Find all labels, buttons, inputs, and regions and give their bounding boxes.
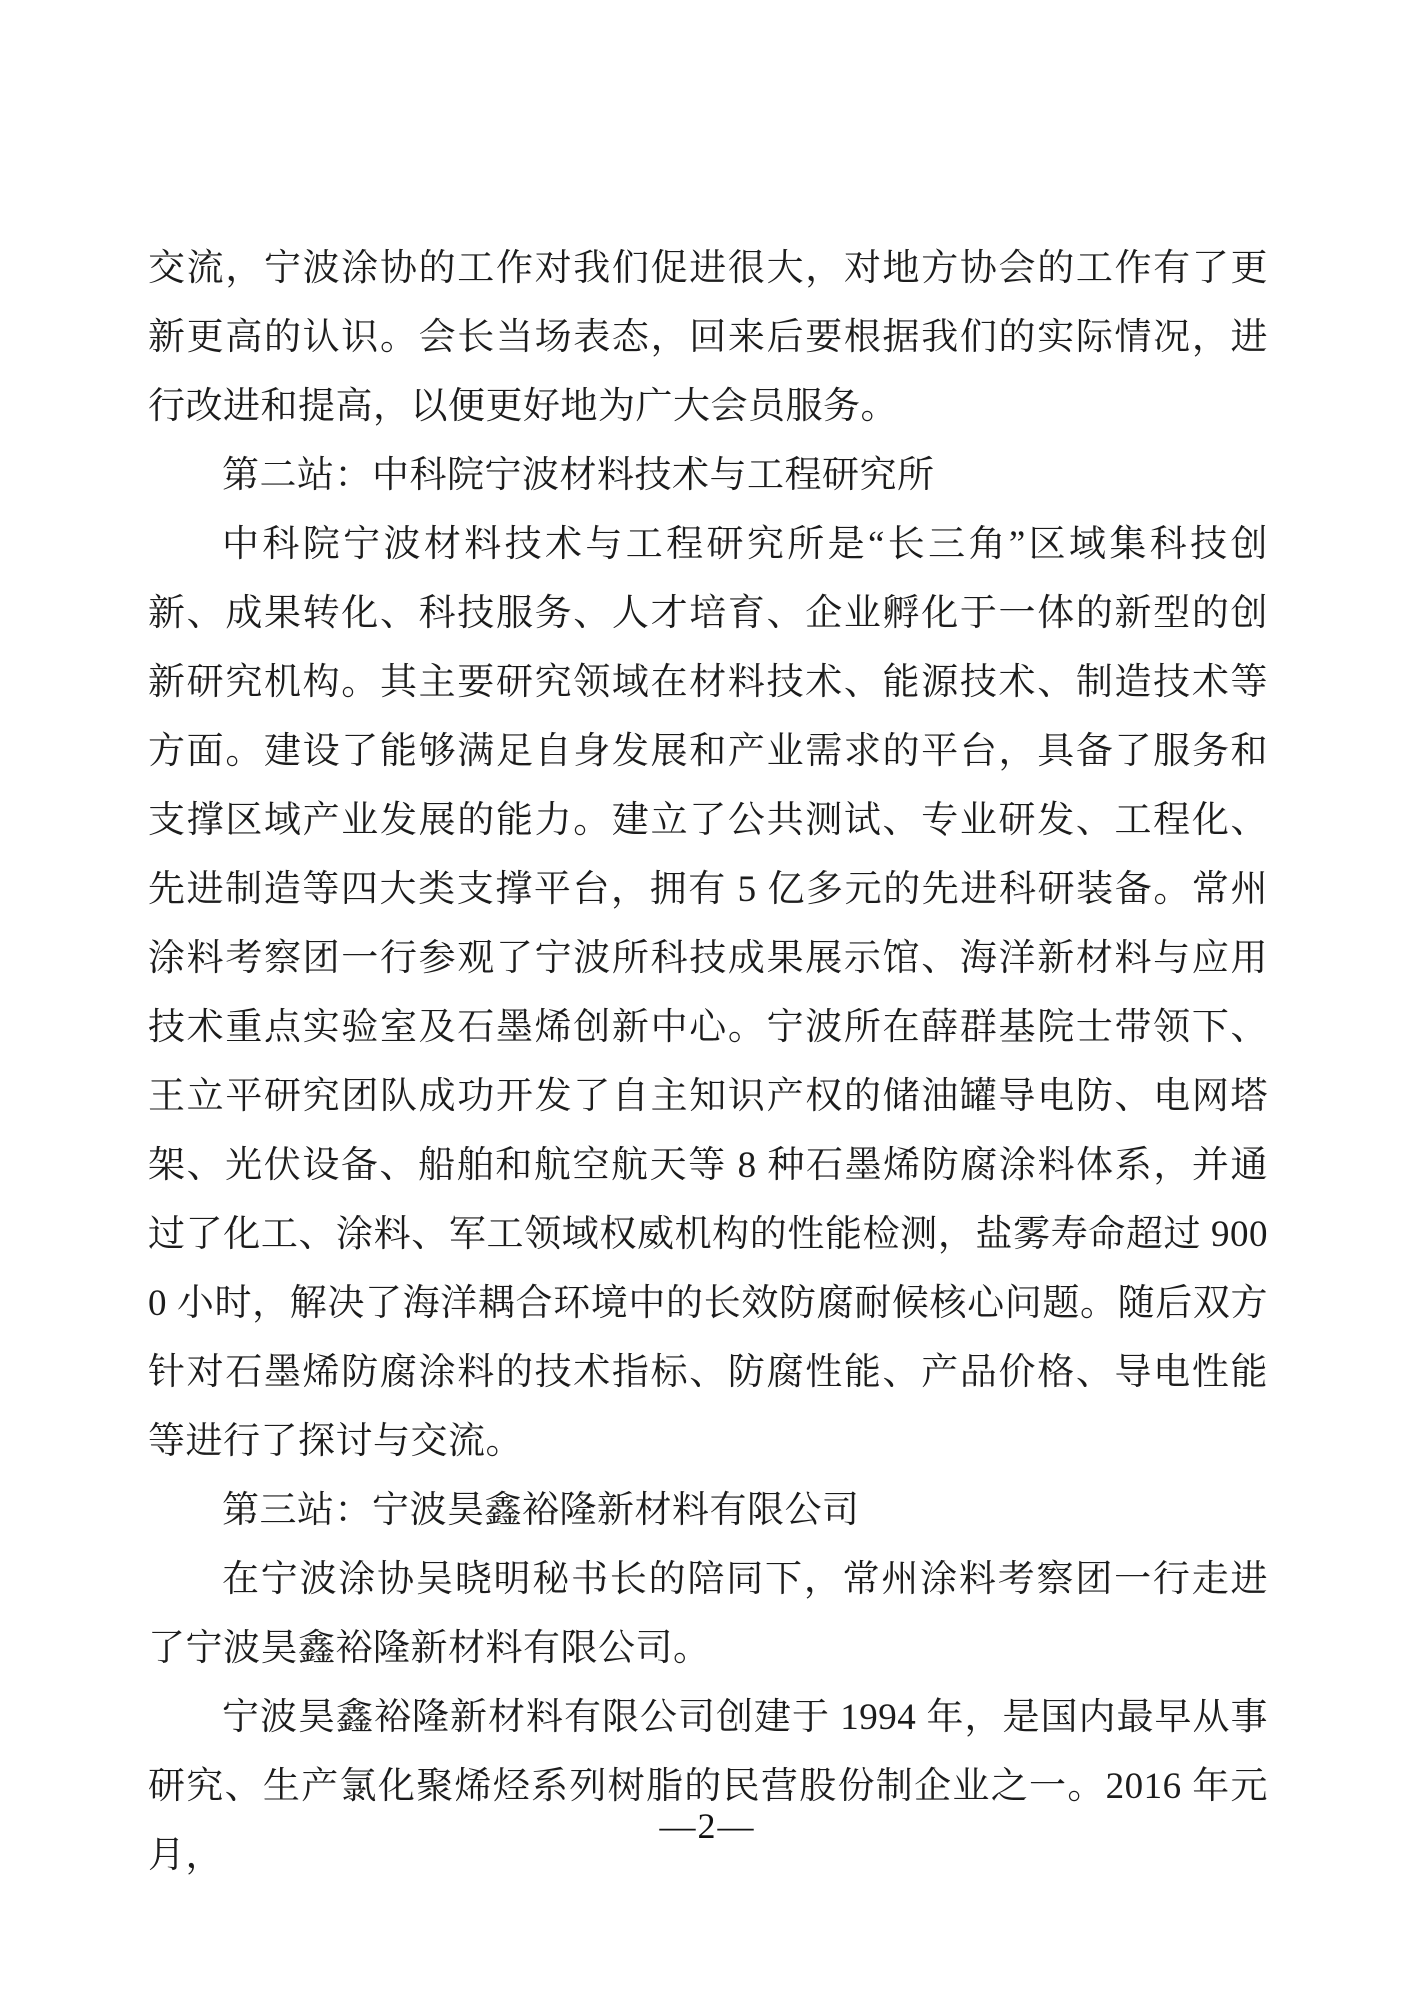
section-heading-second-stop: 第二站：中科院宁波材料技术与工程研究所 [148, 441, 1268, 510]
section-heading-third-stop: 第三站：宁波昊鑫裕隆新材料有限公司 [148, 1476, 1268, 1545]
paragraph: 宁波昊鑫裕隆新材料有限公司创建于 1994 年，是国内最早从事研究、生产氯化聚烯… [148, 1683, 1268, 1890]
page-number: —2— [0, 1806, 1415, 1846]
paragraph: 在宁波涂协吴晓明秘书长的陪同下，常州涂料考察团一行走进了宁波昊鑫裕隆新材料有限公… [148, 1545, 1268, 1683]
document-body: 交流，宁波涂协的工作对我们促进很大，对地方协会的工作有了更新更高的认识。会长当场… [148, 234, 1268, 1890]
paragraph: 中科院宁波材料技术与工程研究所是“长三角”区域集科技创新、成果转化、科技服务、人… [148, 510, 1268, 1476]
document-page: 交流，宁波涂协的工作对我们促进很大，对地方协会的工作有了更新更高的认识。会长当场… [0, 0, 1415, 2000]
paragraph: 交流，宁波涂协的工作对我们促进很大，对地方协会的工作有了更新更高的认识。会长当场… [148, 234, 1268, 441]
